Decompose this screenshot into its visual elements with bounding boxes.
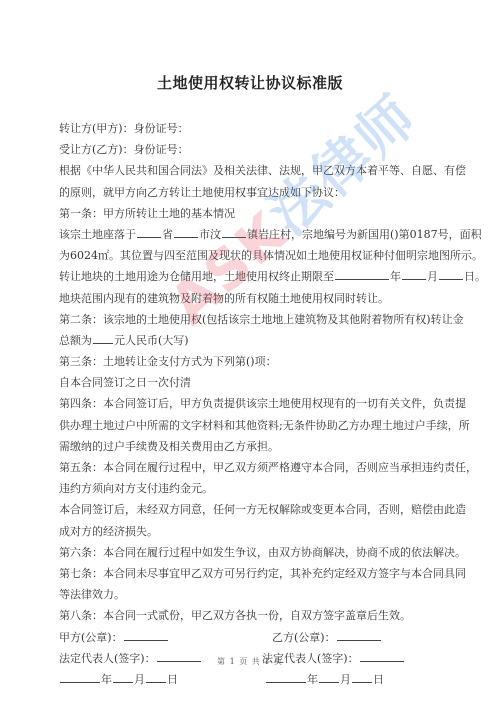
- party-a-date: 年月日: [59, 669, 178, 690]
- article-3-option: 自本合同签订之日一次付清: [59, 372, 471, 393]
- year-label: 年: [307, 673, 318, 686]
- party-a-seal-label: 甲方(公章)：: [59, 631, 123, 644]
- article-5-line-1: 第五条：本合同在履行过程中，甲乙双方须严格遵守本合同，否则应当承担违约责任，: [59, 457, 471, 478]
- amount-line: 总额为元人民币(大写): [59, 330, 471, 351]
- party-a-seal: 甲方(公章)：: [59, 627, 169, 648]
- page-number: 第 1 页 共 1 页: [0, 656, 500, 667]
- party-b-month-blank: [319, 670, 339, 683]
- article-4-line-1: 第四条：本合同签订后，甲方负责提供该宗土地使用权现有的一切有关文件，负责提: [59, 393, 471, 414]
- document-body: 转让方(甲方)：身份证号： 受让方(乙方)：身份证号： 根据《中华人民共和国合同…: [59, 118, 471, 690]
- city-blank: [174, 225, 198, 238]
- term-day-label: 日。: [464, 270, 486, 283]
- year-label: 年: [101, 673, 112, 686]
- preamble-line-2: 的原则，就甲方向乙方转让土地使用权事宜达成如下协议：: [59, 182, 471, 203]
- article-3-heading: 第三条：土地转让金支付方式为下列第()项：: [59, 351, 471, 372]
- month-label: 月: [134, 673, 145, 686]
- document-page: 土地使用权转让协议标准版 转让方(甲方)：身份证号： 受让方(乙方)：身份证号：…: [0, 0, 500, 706]
- preamble-line-1: 根据《中华人民共和国合同法》及相关法律、法规，甲乙双方本着平等、自愿、有偿: [59, 160, 471, 181]
- location-line: 该宗土地座落于省市汶镇岩庄村，宗地编号为新国用()第0187号，面积: [59, 224, 471, 245]
- buildings-line: 地块范围内现有的建筑物及附着物的所有权随土地使用权同时转让。: [59, 288, 471, 309]
- party-a-line: 转让方(甲方)：身份证号：: [59, 118, 471, 139]
- party-b-seal-blank: [337, 628, 381, 641]
- term-line: 转让地块的土地用途为仓储用地，土地使用权终止期限至年月日。: [59, 266, 471, 287]
- term-year-label: 年: [390, 270, 401, 283]
- party-a-month-blank: [113, 670, 133, 683]
- article-5-line-3: 本合同签订后，未经双方同意，任何一方无权解除或变更本合同，否则，赔偿由此造: [59, 499, 471, 520]
- article-2-line-1: 第二条：该宗地的土地使用权(包括该宗土地地上建筑物及其他附着物所有权)转让金: [59, 309, 471, 330]
- party-a-day-blank: [146, 670, 166, 683]
- party-b-seal: 乙方(公章)：: [272, 627, 382, 648]
- term-day-blank: [439, 267, 463, 280]
- party-b-day-blank: [352, 670, 372, 683]
- article-1-heading: 第一条：甲方所转让土地的基本情况: [59, 203, 471, 224]
- location-text-2: 省: [162, 228, 173, 241]
- party-a-year-blank: [60, 670, 100, 683]
- amount-blank: [93, 331, 113, 344]
- article-8-line: 第八条：本合同一式贰份，甲乙双方各执一份，自双方签字盖章后生效。: [59, 605, 471, 626]
- term-year-blank: [335, 267, 389, 280]
- article-7-line-1: 第七条：本合同未尽事宜甲乙双方可另行约定，其补充约定经双方签字与本合同具同: [59, 563, 471, 584]
- term-month-label: 月: [427, 270, 438, 283]
- month-label: 月: [340, 673, 351, 686]
- amount-text-2: 元人民币(大写): [114, 334, 189, 347]
- article-4-line-3: 需缴纳的过户手续费及相关费用由乙方承担。: [59, 436, 471, 457]
- document-title: 土地使用权转让协议标准版: [0, 72, 500, 93]
- date-row: 年月日 年月日: [59, 669, 471, 690]
- article-7-line-2: 等法律效力。: [59, 584, 471, 605]
- term-month-blank: [402, 267, 426, 280]
- party-a-seal-blank: [124, 628, 168, 641]
- area-line: 为6024㎡。其位置与四至范围及现状的具体情况如土地使用权证种付佃明宗地图所示。: [59, 245, 471, 266]
- article-5-line-4: 成对方的经济损失。: [59, 521, 471, 542]
- day-label: 日: [373, 673, 384, 686]
- article-4-line-2: 供办理土地过户中所需的文字材料和其他资料;无条件协助乙方办理土地过户手续，所: [59, 415, 471, 436]
- article-5-line-2: 违约方须向对方支付违约金元。: [59, 478, 471, 499]
- location-text-3: 市汶: [199, 228, 221, 241]
- party-b-line: 受让方(乙方)：身份证号：: [59, 139, 471, 160]
- location-text-4: 镇岩庄村，宗地编号为新国用()第0187号，面积: [247, 228, 482, 241]
- article-6-line: 第六条：本合同在履行过程中如发生争议，由双方协商解决，协商不成的依法解决。: [59, 542, 471, 563]
- day-label: 日: [167, 673, 178, 686]
- term-text-1: 转让地块的土地用途为仓储用地，土地使用权终止期限至: [59, 270, 334, 283]
- seal-row: 甲方(公章)： 乙方(公章)：: [59, 627, 471, 648]
- party-b-date: 年月日: [265, 669, 384, 690]
- party-b-seal-label: 乙方(公章)：: [272, 631, 336, 644]
- town-blank: [222, 225, 246, 238]
- amount-text-1: 总额为: [59, 334, 92, 347]
- province-blank: [137, 225, 161, 238]
- party-b-year-blank: [266, 670, 306, 683]
- location-text-1: 该宗土地座落于: [59, 228, 136, 241]
